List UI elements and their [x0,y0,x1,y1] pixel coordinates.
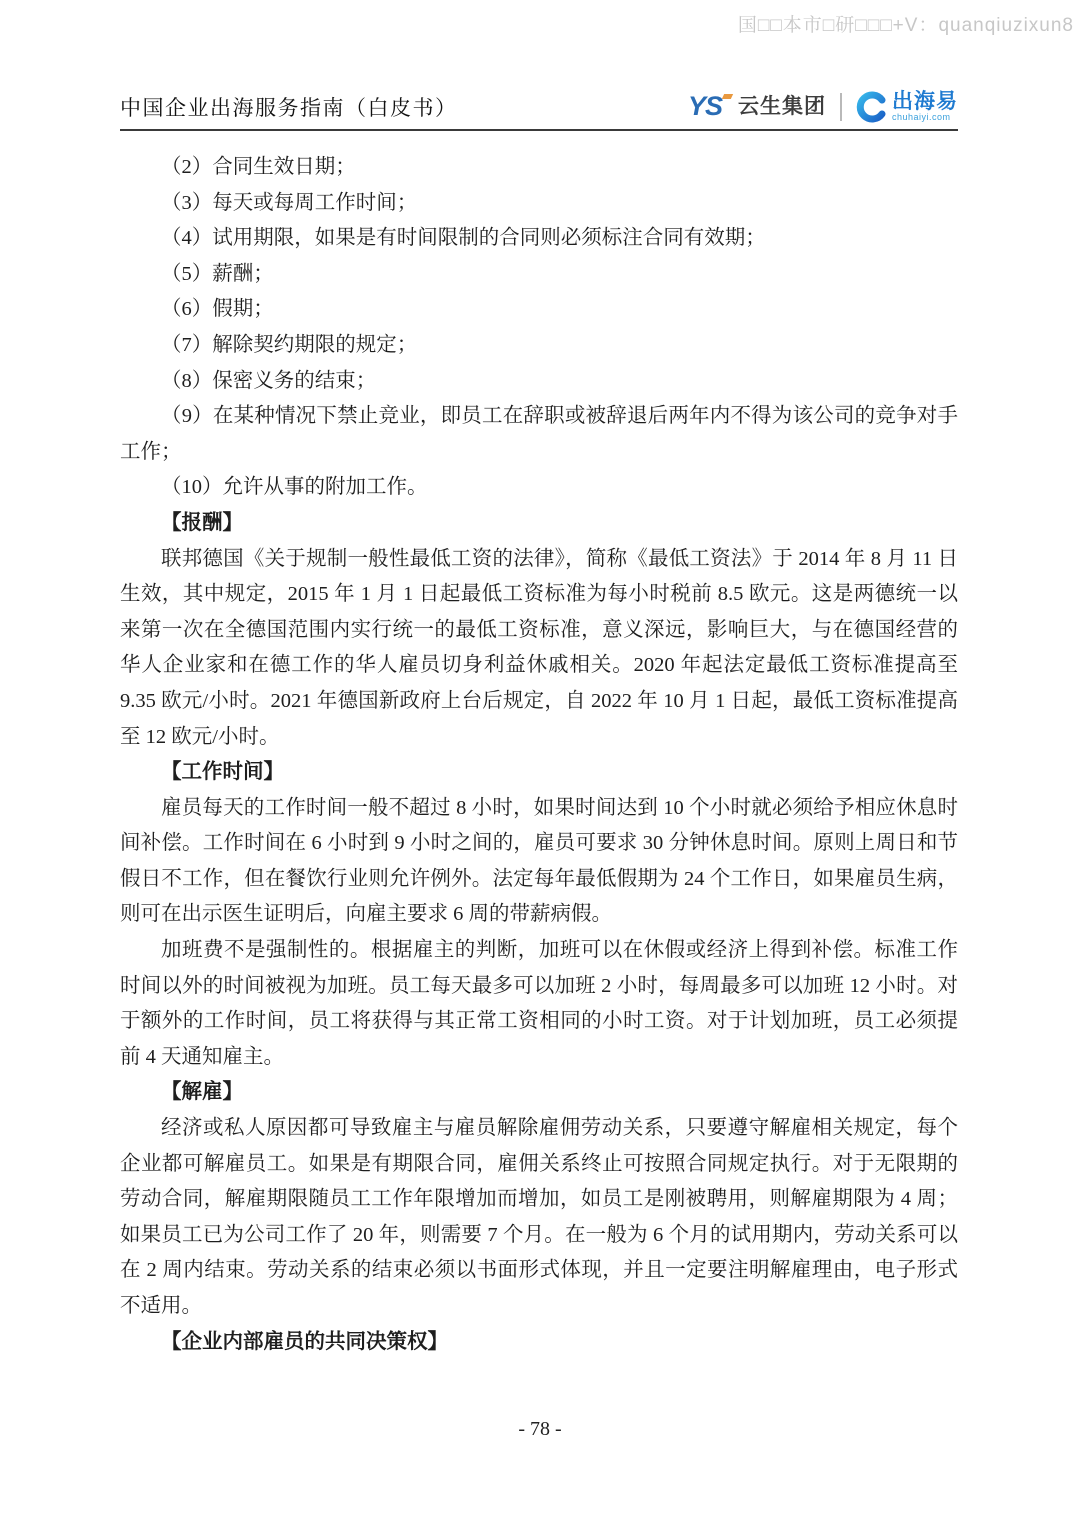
ys-company-name: 云生集团 [738,93,826,120]
section-heading-dismissal: 【解雇】 [120,1075,958,1111]
chuhaiyi-domain: chuhaiyi.com [892,112,958,122]
document-body: （2）合同生效日期； （3）每天或每周工作时间； （4）试用期限，如果是有时间限… [120,150,958,1360]
chuhaiyi-logo: 出海易 chuhaiyi.com [856,91,958,123]
logo-divider [840,93,842,121]
list-item-4: （4）试用期限，如果是有时间限制的合同则必须标注合同有效期； [120,221,958,257]
yunsheng-logo: YS 云生集团 [688,93,826,120]
list-item-10: （10）允许从事的附加工作。 [120,470,958,506]
header-logos: YS 云生集团 [688,91,958,123]
list-item-5: （5）薪酬； [120,257,958,293]
header-doc-title: 中国企业出海服务指南（白皮书） [120,92,458,122]
list-item-8: （8）保密义务的结束； [120,364,958,400]
list-item-3: （3）每天或每周工作时间； [120,186,958,222]
section-heading-codetermination: 【企业内部雇员的共同决策权】 [120,1325,958,1361]
watermark-text: 国□□本市□研□□□+V：quanqiuzixun8 [738,10,1074,37]
list-item-9: （9）在某种情况下禁止竞业，即员工在辞职或被辞退后两年内不得为该公司的竞争对手工… [120,399,958,470]
section-heading-working-hours: 【工作时间】 [120,755,958,791]
list-item-2: （2）合同生效日期； [120,150,958,186]
chuhaiyi-name: 出海易 [892,91,958,112]
page-header: 中国企业出海服务指南（白皮书） YS 云生集团 [120,84,958,131]
page-number: - 78 - [518,1418,561,1440]
page-footer: - 78 - [0,1418,1080,1441]
paragraph-working-hours-2: 加班费不是强制性的。根据雇主的判断，加班可以在休假或经济上得到补偿。标准工作时间… [120,933,958,1075]
section-heading-remuneration: 【报酬】 [120,506,958,542]
paragraph-working-hours-1: 雇员每天的工作时间一般不超过 8 小时，如果时间达到 10 个小时就必须给予相应… [120,791,958,933]
ys-logo-mark: YS [688,93,722,120]
ys-accent-icon [722,94,733,99]
paragraph-dismissal: 经济或私人原因都可导致雇主与雇员解除雇佣劳动关系，只要遵守解雇相关规定，每个企业… [120,1111,958,1325]
list-item-6: （6）假期； [120,292,958,328]
chuhaiyi-wordmark: 出海易 chuhaiyi.com [892,91,958,122]
list-item-7: （7）解除契约期限的规定； [120,328,958,364]
document-page: 国□□本市□研□□□+V：quanqiuzixun8 中国企业出海服务指南（白皮… [0,0,1080,1525]
chuhaiyi-c-icon [856,91,888,123]
paragraph-remuneration: 联邦德国《关于规制一般性最低工资的法律》，简称《最低工资法》于 2014 年 8… [120,542,958,756]
